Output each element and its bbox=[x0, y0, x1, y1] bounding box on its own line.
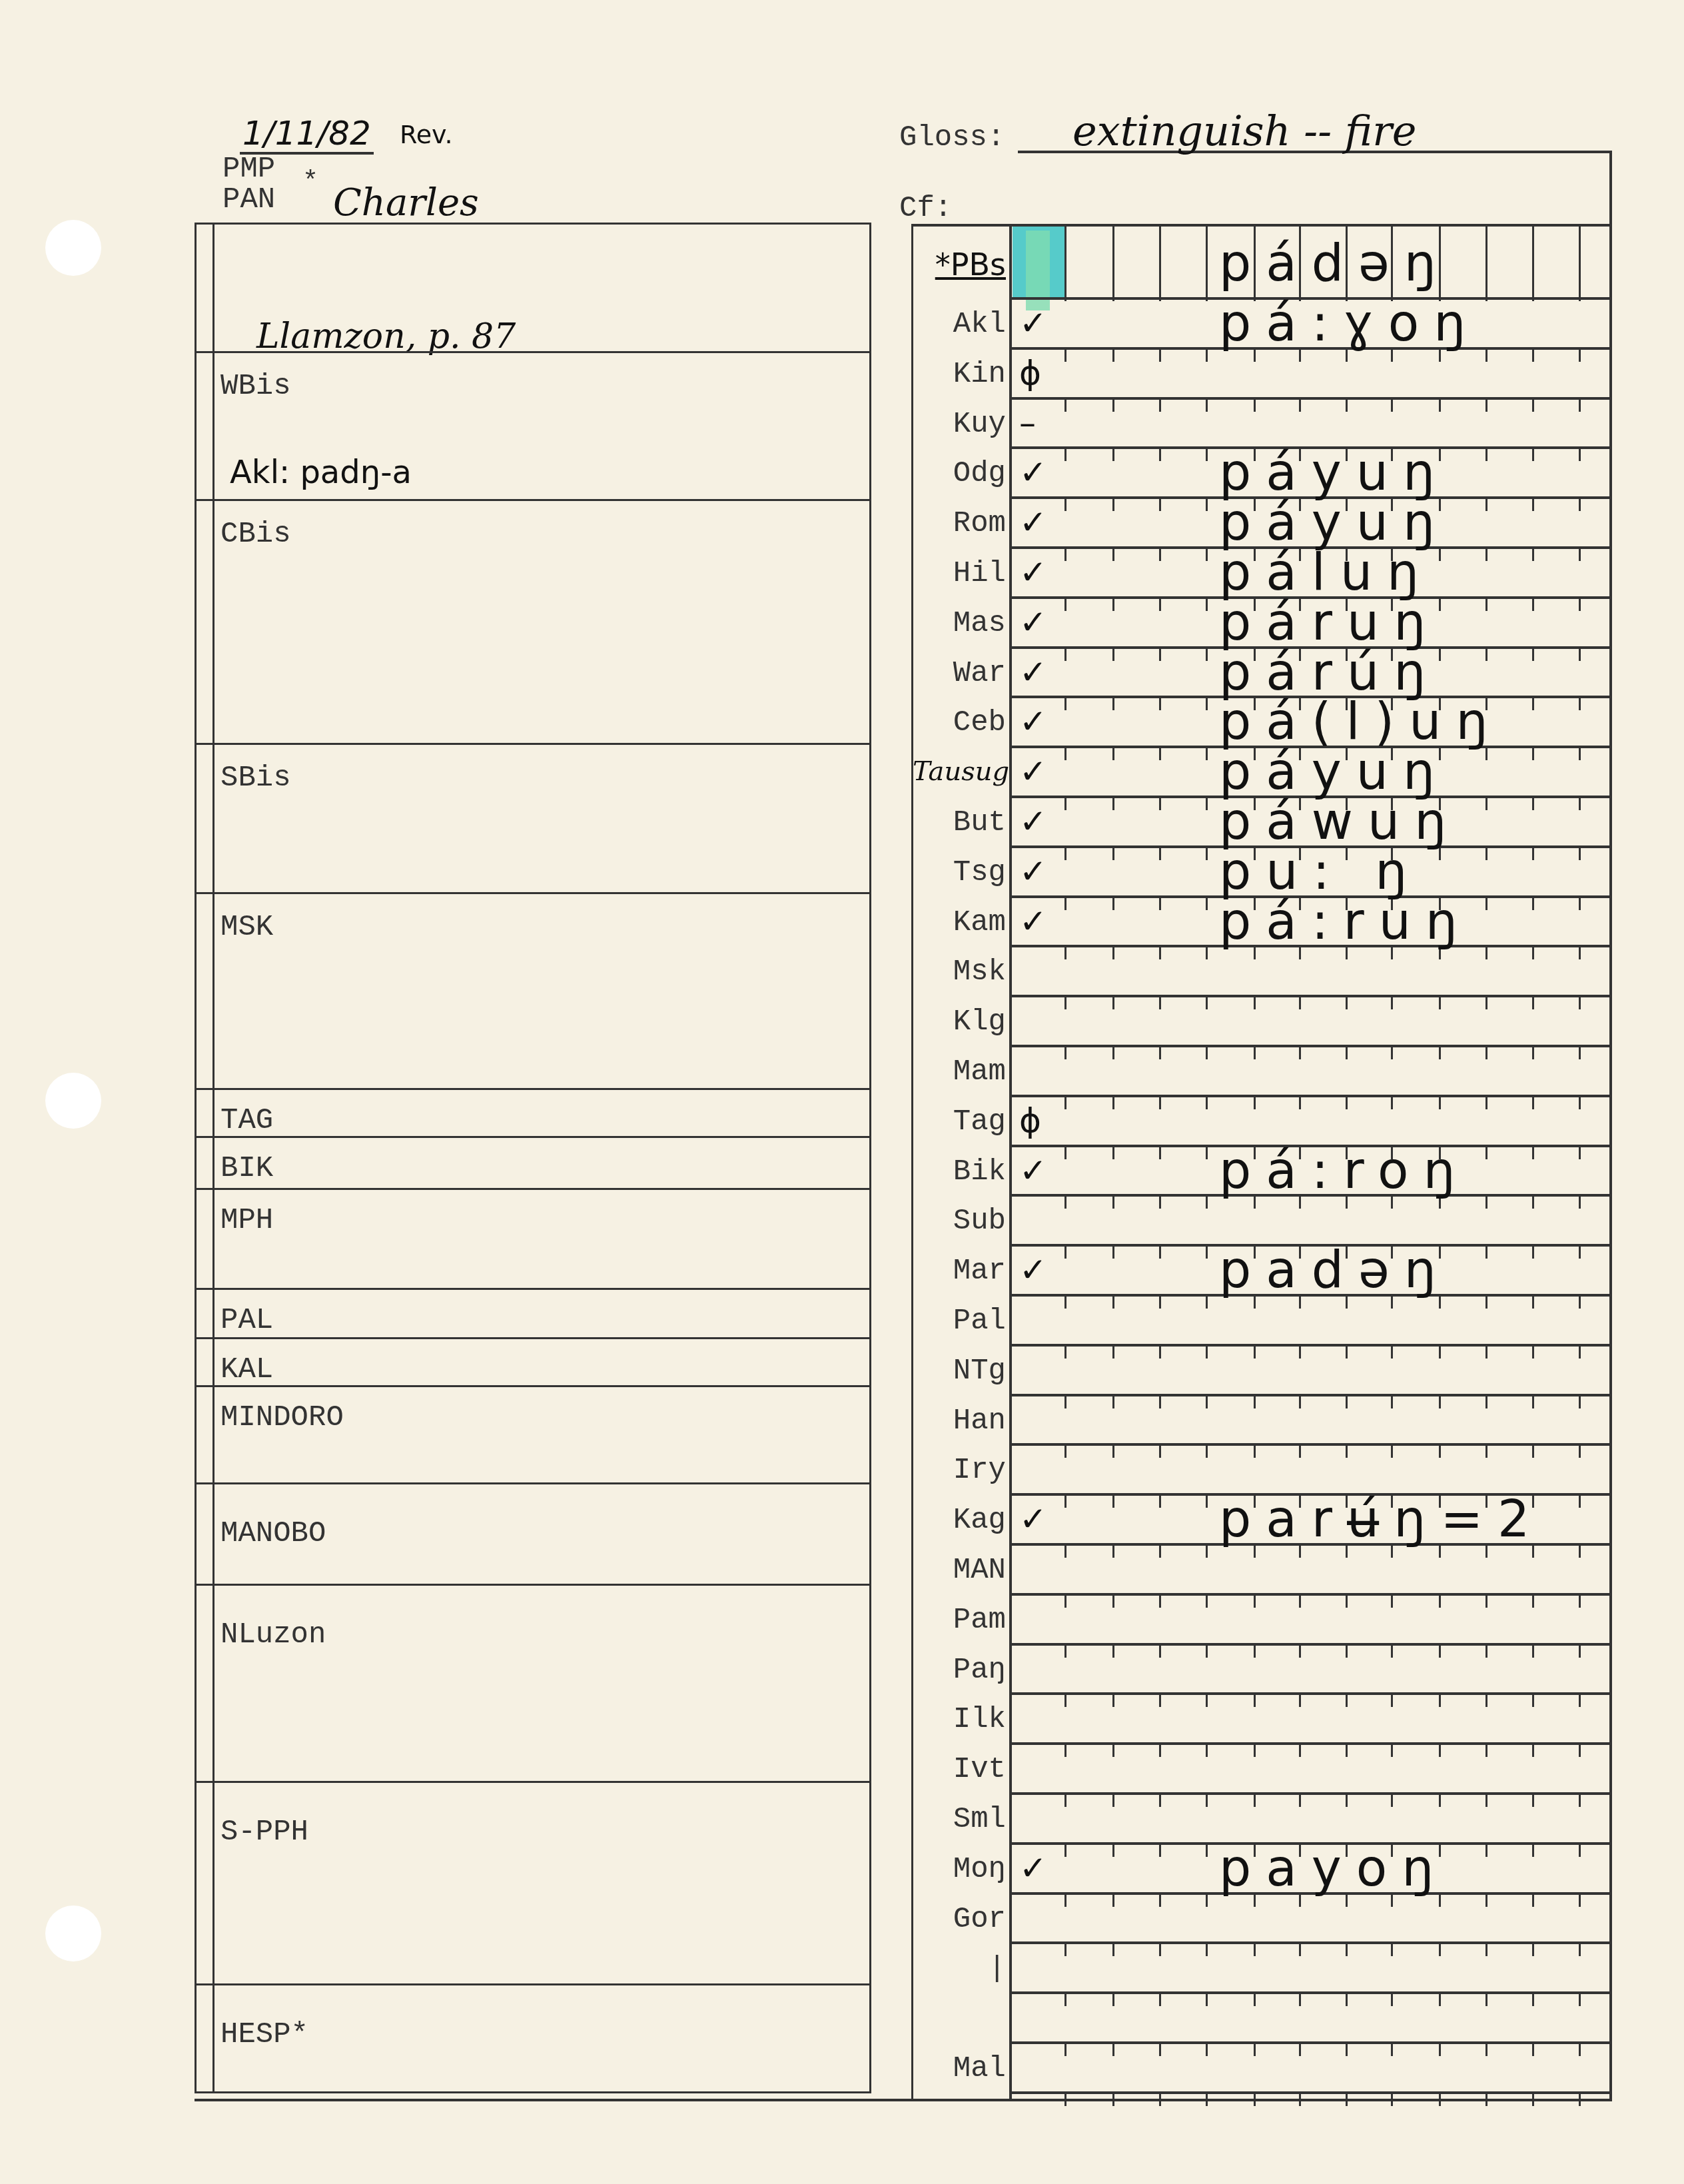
row-tick bbox=[1064, 446, 1066, 461]
date: 1/11/82 bbox=[240, 115, 374, 155]
row-tick bbox=[1206, 1095, 1208, 1109]
row-tick bbox=[1159, 1344, 1161, 1359]
language-label: Klg bbox=[913, 1005, 1006, 1039]
row-tick bbox=[1064, 1991, 1066, 2006]
row-tick bbox=[1485, 1045, 1487, 1059]
row-tick bbox=[1299, 2091, 1301, 2106]
row-tick bbox=[1532, 1095, 1534, 1109]
gloss-label: Gloss: bbox=[899, 121, 1005, 155]
row-tick bbox=[1391, 1792, 1393, 1807]
row-tick bbox=[1206, 1842, 1208, 1857]
row-tick bbox=[1485, 596, 1487, 611]
header-cell-divider bbox=[1532, 227, 1534, 301]
row-tick bbox=[1346, 1443, 1348, 1458]
row-tick bbox=[1064, 2091, 1066, 2106]
row-tick bbox=[1112, 1244, 1114, 1259]
row-tick bbox=[1159, 1145, 1161, 1159]
header-cell-divider bbox=[1159, 227, 1161, 301]
row-tick bbox=[1064, 1344, 1066, 1359]
row-tick bbox=[1391, 1344, 1393, 1359]
header-cell-divider bbox=[1439, 227, 1441, 301]
section-divider bbox=[197, 1136, 869, 1138]
row-rule bbox=[1009, 1643, 1612, 1646]
row-tick bbox=[1064, 2041, 1066, 2056]
header-cell-divider bbox=[1206, 227, 1208, 301]
row-tick bbox=[1346, 1095, 1348, 1109]
revision-note: Rev. bbox=[400, 120, 453, 149]
row-tick bbox=[1206, 796, 1208, 810]
row-tick bbox=[1206, 646, 1208, 661]
row-tick bbox=[1299, 1692, 1301, 1707]
row-tick bbox=[1206, 1045, 1208, 1059]
row-rule bbox=[1009, 995, 1612, 997]
row-tick bbox=[1299, 2041, 1301, 2056]
section-label-pal: PAL bbox=[220, 1304, 273, 1337]
language-label: Han bbox=[913, 1404, 1006, 1438]
row-tick bbox=[1159, 1792, 1161, 1807]
language-label: Kuy bbox=[913, 408, 1006, 441]
row-tick bbox=[1485, 1792, 1487, 1807]
row-tick bbox=[1439, 1045, 1441, 1059]
row-tick bbox=[1064, 1493, 1066, 1508]
row-tick bbox=[1064, 1394, 1066, 1408]
section-label-cbis: CBis bbox=[220, 518, 291, 551]
row-tick bbox=[1206, 1493, 1208, 1508]
check-icon: ✓ bbox=[1019, 852, 1047, 891]
gloss-value: extinguish -- fire bbox=[1072, 107, 1417, 155]
row-tick bbox=[1112, 646, 1114, 661]
row-tick bbox=[1159, 1095, 1161, 1109]
row-tick bbox=[1064, 895, 1066, 910]
section-label-msk: MSK bbox=[220, 911, 273, 944]
row-tick bbox=[1532, 397, 1534, 412]
row-tick bbox=[1112, 1045, 1114, 1059]
page-bottom-rule bbox=[195, 2099, 1612, 2101]
section-label-wbis: WBis bbox=[220, 370, 291, 403]
row-tick bbox=[1346, 1692, 1348, 1707]
row-tick bbox=[1112, 895, 1114, 910]
check-icon: ✓ bbox=[1019, 503, 1047, 542]
row-tick bbox=[1064, 845, 1066, 860]
row-tick bbox=[1112, 1941, 1114, 1956]
row-tick bbox=[1532, 945, 1534, 959]
row-tick bbox=[1159, 446, 1161, 461]
row-tick bbox=[1485, 1643, 1487, 1658]
row-tick bbox=[1254, 1991, 1256, 2006]
check-icon: ✓ bbox=[1019, 304, 1047, 342]
row-tick bbox=[1346, 995, 1348, 1009]
row-tick bbox=[1485, 945, 1487, 959]
row-tick bbox=[1112, 347, 1114, 362]
section-label-hesp-: HESP* bbox=[220, 2018, 308, 2051]
row-tick bbox=[1299, 1443, 1301, 1458]
row-tick bbox=[1112, 596, 1114, 611]
row-tick bbox=[1579, 2091, 1581, 2106]
row-tick bbox=[1485, 446, 1487, 461]
row-tick bbox=[1346, 1394, 1348, 1408]
row-tick bbox=[1159, 1941, 1161, 1956]
language-label: War bbox=[913, 657, 1006, 690]
row-tick bbox=[1532, 1742, 1534, 1757]
row-tick bbox=[1485, 1991, 1487, 2006]
language-label: Mas bbox=[913, 607, 1006, 640]
asterisk: * bbox=[302, 168, 318, 198]
row-tick bbox=[1439, 397, 1441, 412]
language-label: Iry bbox=[913, 1454, 1006, 1487]
row-tick bbox=[1254, 1593, 1256, 1608]
row-tick bbox=[1159, 546, 1161, 561]
row-tick bbox=[1485, 1941, 1487, 1956]
row-tick bbox=[1391, 1991, 1393, 2006]
row-tick bbox=[1112, 995, 1114, 1009]
row-tick bbox=[1439, 1394, 1441, 1408]
row-tick bbox=[1254, 995, 1256, 1009]
section-label-nluzon: NLuzon bbox=[220, 1618, 326, 1652]
row-tick bbox=[1579, 1194, 1581, 1209]
row-tick bbox=[1299, 1095, 1301, 1109]
language-label: Odg bbox=[913, 457, 1006, 490]
row-tick bbox=[1579, 1991, 1581, 2006]
row-tick bbox=[1532, 1394, 1534, 1408]
row-tick bbox=[1159, 895, 1161, 910]
row-tick bbox=[1532, 1244, 1534, 1259]
row-tick bbox=[1159, 646, 1161, 661]
row-tick bbox=[1159, 347, 1161, 362]
reflex-form: padəŋ bbox=[1219, 1240, 1451, 1299]
language-label: Sub bbox=[913, 1205, 1006, 1238]
row-tick bbox=[1064, 1095, 1066, 1109]
row-tick bbox=[1532, 1194, 1534, 1209]
row-tick bbox=[1159, 596, 1161, 611]
row-tick bbox=[1439, 1742, 1441, 1757]
row-tick bbox=[1206, 1941, 1208, 1956]
row-tick bbox=[1299, 1991, 1301, 2006]
row-tick bbox=[1579, 397, 1581, 412]
row-tick bbox=[1064, 995, 1066, 1009]
row-tick bbox=[1391, 2091, 1393, 2106]
section-label-mph: MPH bbox=[220, 1204, 273, 1237]
row-tick bbox=[1579, 1394, 1581, 1408]
row-tick bbox=[1579, 746, 1581, 760]
row-tick bbox=[1299, 995, 1301, 1009]
row-tick bbox=[1579, 1443, 1581, 1458]
row-tick bbox=[1346, 2091, 1348, 2106]
row-tick bbox=[1159, 1194, 1161, 1209]
row-tick bbox=[1159, 1643, 1161, 1658]
row-tick bbox=[1159, 746, 1161, 760]
row-tick bbox=[1485, 1842, 1487, 1857]
row-tick bbox=[1485, 347, 1487, 362]
language-label: Bik bbox=[913, 1155, 1006, 1189]
row-tick bbox=[1532, 995, 1534, 1009]
header-cell-divider bbox=[1579, 227, 1581, 301]
row-tick bbox=[1112, 1145, 1114, 1159]
row-tick bbox=[1579, 1593, 1581, 1608]
row-tick bbox=[1346, 1991, 1348, 2006]
row-tick bbox=[1206, 596, 1208, 611]
check-icon: ✓ bbox=[1019, 553, 1047, 592]
row-tick bbox=[1532, 347, 1534, 362]
row-tick bbox=[1346, 1344, 1348, 1359]
row-tick bbox=[1299, 1045, 1301, 1059]
section-divider bbox=[197, 1288, 869, 1290]
row-tick bbox=[1439, 2091, 1441, 2106]
section-label-kal: KAL bbox=[220, 1353, 273, 1386]
language-label: Ilk bbox=[913, 1703, 1006, 1736]
row-tick bbox=[1064, 546, 1066, 561]
row-tick bbox=[1532, 1941, 1534, 1956]
row-tick bbox=[1485, 397, 1487, 412]
row-tick bbox=[1112, 546, 1114, 561]
row-tick bbox=[1532, 845, 1534, 860]
row-tick bbox=[1159, 845, 1161, 860]
row-tick bbox=[1299, 397, 1301, 412]
row-tick bbox=[1532, 1294, 1534, 1309]
row-tick bbox=[1112, 446, 1114, 461]
row-tick bbox=[1159, 1543, 1161, 1558]
row-tick bbox=[1206, 397, 1208, 412]
row-tick bbox=[1439, 1941, 1441, 1956]
row-tick bbox=[1439, 995, 1441, 1009]
language-label: Paŋ bbox=[913, 1654, 1006, 1687]
row-tick bbox=[1485, 1892, 1487, 1907]
language-label: But bbox=[913, 806, 1006, 839]
row-tick bbox=[1159, 1692, 1161, 1707]
section-divider bbox=[197, 1337, 869, 1339]
row-tick bbox=[1391, 1443, 1393, 1458]
row-tick bbox=[1439, 1792, 1441, 1807]
check-icon: ✓ bbox=[1019, 902, 1047, 941]
row-tick bbox=[1579, 1344, 1581, 1359]
row-tick bbox=[1064, 1244, 1066, 1259]
header-cell-divider bbox=[1346, 227, 1348, 301]
row-tick bbox=[1579, 1294, 1581, 1309]
row-tick bbox=[1346, 1593, 1348, 1608]
row-tick bbox=[1112, 1344, 1114, 1359]
row-tick bbox=[1579, 1145, 1581, 1159]
language-label: Tag bbox=[913, 1105, 1006, 1139]
row-tick bbox=[1064, 496, 1066, 511]
hole-punch bbox=[45, 1906, 101, 1961]
check-icon: ✓ bbox=[1019, 702, 1047, 741]
language-label: Akl bbox=[913, 308, 1006, 341]
language-label: NTg bbox=[913, 1355, 1006, 1388]
row-tick bbox=[1532, 1045, 1534, 1059]
row-tick bbox=[1206, 1394, 1208, 1408]
row-tick bbox=[1206, 1145, 1208, 1159]
row-tick bbox=[1112, 1443, 1114, 1458]
row-rule bbox=[1009, 1593, 1612, 1596]
dash-icon: – bbox=[1019, 404, 1036, 442]
row-tick bbox=[1206, 696, 1208, 710]
row-tick bbox=[1159, 1244, 1161, 1259]
row-tick bbox=[1064, 1792, 1066, 1807]
row-tick bbox=[1346, 2041, 1348, 2056]
row-tick bbox=[1346, 397, 1348, 412]
check-icon: ✓ bbox=[1019, 752, 1047, 791]
row-tick bbox=[1206, 347, 1208, 362]
row-tick bbox=[1579, 1742, 1581, 1757]
language-label: Sml bbox=[913, 1803, 1006, 1836]
row-tick bbox=[1299, 1344, 1301, 1359]
row-tick bbox=[1391, 1643, 1393, 1658]
language-label: Gor bbox=[913, 1903, 1006, 1936]
row-tick bbox=[1299, 1643, 1301, 1658]
section-label-tag: TAG bbox=[220, 1104, 273, 1137]
row-tick bbox=[1579, 1643, 1581, 1658]
row-tick bbox=[1579, 1692, 1581, 1707]
section-divider bbox=[197, 743, 869, 745]
row-tick bbox=[1299, 1941, 1301, 1956]
row-tick bbox=[1485, 895, 1487, 910]
row-tick bbox=[1579, 1244, 1581, 1259]
row-tick bbox=[1485, 796, 1487, 810]
row-tick bbox=[1532, 895, 1534, 910]
section-divider bbox=[197, 1385, 869, 1387]
reflex-form: payoŋ bbox=[1219, 1838, 1448, 1898]
row-tick bbox=[1579, 845, 1581, 860]
row-tick bbox=[1206, 2041, 1208, 2056]
row-tick bbox=[1159, 796, 1161, 810]
row-tick bbox=[1112, 2091, 1114, 2106]
row-tick bbox=[1064, 1742, 1066, 1757]
row-tick bbox=[1485, 496, 1487, 511]
row-tick bbox=[1112, 696, 1114, 710]
row-tick bbox=[1206, 1294, 1208, 1309]
row-tick bbox=[1254, 1941, 1256, 1956]
row-tick bbox=[1112, 1543, 1114, 1558]
row-tick bbox=[1485, 1742, 1487, 1757]
row-tick bbox=[1064, 1643, 1066, 1658]
author-name: Charles bbox=[333, 181, 479, 225]
language-label: Rom bbox=[913, 507, 1006, 540]
row-tick bbox=[1391, 1593, 1393, 1608]
section-divider bbox=[197, 892, 869, 894]
row-tick bbox=[1112, 1194, 1114, 1209]
row-tick bbox=[1485, 1244, 1487, 1259]
row-tick bbox=[1579, 945, 1581, 959]
row-tick bbox=[1206, 1344, 1208, 1359]
row-tick bbox=[1346, 1045, 1348, 1059]
row-tick bbox=[1391, 1045, 1393, 1059]
row-tick bbox=[1485, 1593, 1487, 1608]
row-tick bbox=[1485, 845, 1487, 860]
row-tick bbox=[1485, 2091, 1487, 2106]
row-tick bbox=[1485, 646, 1487, 661]
row-tick bbox=[1064, 347, 1066, 362]
header-cell-divider bbox=[1391, 227, 1393, 301]
row-tick bbox=[1159, 1742, 1161, 1757]
row-tick bbox=[1112, 945, 1114, 959]
row-tick bbox=[1206, 496, 1208, 511]
header-cell-divider bbox=[1112, 227, 1114, 301]
row-tick bbox=[1206, 1892, 1208, 1907]
row-tick bbox=[1064, 1692, 1066, 1707]
row-tick bbox=[1391, 1095, 1393, 1109]
row-tick bbox=[1485, 1344, 1487, 1359]
row-tick bbox=[1532, 646, 1534, 661]
row-tick bbox=[1579, 796, 1581, 810]
language-label: Msk bbox=[913, 955, 1006, 989]
header-cell-divider bbox=[1254, 227, 1256, 301]
check-icon: ✓ bbox=[1019, 1151, 1047, 1190]
language-label: Tsg bbox=[913, 856, 1006, 889]
row-tick bbox=[1206, 1244, 1208, 1259]
null-icon: ϕ bbox=[1019, 354, 1041, 392]
row-tick bbox=[1391, 2041, 1393, 2056]
row-tick bbox=[1064, 1294, 1066, 1309]
row-tick bbox=[1064, 397, 1066, 412]
row-tick bbox=[1064, 1941, 1066, 1956]
language-label: Kam bbox=[913, 906, 1006, 939]
row-tick bbox=[1254, 1742, 1256, 1757]
row-tick bbox=[1159, 1443, 1161, 1458]
row-tick bbox=[1532, 546, 1534, 561]
row-tick bbox=[1579, 995, 1581, 1009]
section-label-bik: BIK bbox=[220, 1152, 273, 1185]
source-note: Llamzon, p. 87 bbox=[256, 316, 516, 356]
row-rule bbox=[1009, 1941, 1612, 1944]
row-tick bbox=[1159, 397, 1161, 412]
language-label: Pal bbox=[913, 1305, 1006, 1338]
row-tick bbox=[1112, 397, 1114, 412]
section-note: Akl: padŋ-a bbox=[230, 454, 412, 491]
row-tick bbox=[1064, 596, 1066, 611]
row-tick bbox=[1485, 1692, 1487, 1707]
row-tick bbox=[1532, 1991, 1534, 2006]
row-tick bbox=[1112, 845, 1114, 860]
row-tick bbox=[1485, 1145, 1487, 1159]
row-tick bbox=[1159, 1991, 1161, 2006]
row-tick bbox=[1112, 1095, 1114, 1109]
row-rule bbox=[1009, 2091, 1612, 2094]
row-tick bbox=[1206, 895, 1208, 910]
row-tick bbox=[1532, 2041, 1534, 2056]
row-tick bbox=[1439, 1643, 1441, 1658]
row-tick bbox=[1579, 2041, 1581, 2056]
header-cell-divider bbox=[1485, 227, 1487, 301]
header-cell-divider bbox=[1299, 227, 1301, 301]
row-tick bbox=[1579, 347, 1581, 362]
row-tick bbox=[1206, 1742, 1208, 1757]
row-tick bbox=[1532, 1344, 1534, 1359]
row-tick bbox=[1064, 1045, 1066, 1059]
row-tick bbox=[1112, 1792, 1114, 1807]
row-tick bbox=[1206, 1643, 1208, 1658]
row-tick bbox=[1112, 1991, 1114, 2006]
row-tick bbox=[1159, 2091, 1161, 2106]
row-tick bbox=[1346, 1792, 1348, 1807]
row-rule bbox=[1009, 1742, 1612, 1745]
hole-punch bbox=[45, 1073, 101, 1129]
language-label: Mal bbox=[913, 2052, 1006, 2085]
proto-label: *PBs bbox=[913, 247, 1006, 282]
row-tick bbox=[1064, 746, 1066, 760]
section-divider bbox=[197, 1983, 869, 1985]
row-tick bbox=[1439, 2041, 1441, 2056]
row-tick bbox=[1439, 1593, 1441, 1608]
row-tick bbox=[1254, 1394, 1256, 1408]
row-tick bbox=[1159, 1842, 1161, 1857]
row-tick bbox=[1532, 1692, 1534, 1707]
row-tick bbox=[1532, 1842, 1534, 1857]
row-tick bbox=[1579, 1792, 1581, 1807]
row-tick bbox=[1485, 1294, 1487, 1309]
row-tick bbox=[1206, 546, 1208, 561]
row-tick bbox=[1159, 1045, 1161, 1059]
row-tick bbox=[1159, 1593, 1161, 1608]
level-pan: PAN bbox=[222, 185, 275, 215]
